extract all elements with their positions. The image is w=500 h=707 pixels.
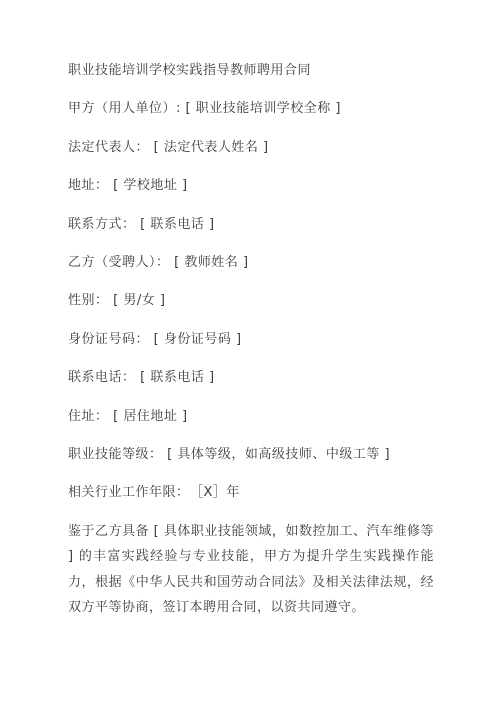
field-id-number: 身份证号码： [ 身份证号码 ] — [68, 327, 436, 353]
field-skill-level: 职业技能等级： [ 具体等级，如高级技师、中级工等 ] — [68, 442, 436, 468]
field-phone: 联系电话： [ 联系电话 ] — [68, 365, 436, 391]
document-title: 职业技能培训学校实践指导教师聘用合同 — [68, 58, 436, 84]
field-contact-method: 联系方式： [ 联系电话 ] — [68, 212, 436, 238]
field-party-a: 甲方（用人单位）: [ 职业技能培训学校全称 ] — [68, 96, 436, 122]
field-residence-address: 住址： [ 居住地址 ] — [68, 404, 436, 430]
field-party-b: 乙方（受聘人）： [ 教师姓名 ] — [68, 250, 436, 276]
field-gender: 性别： [ 男/女 ] — [68, 288, 436, 314]
preamble-paragraph: 鉴于乙方具备 [ 具体职业技能领域，如数控加工、汽车维修等 ] 的丰富实践经验与… — [68, 519, 434, 621]
field-school-address: 地址： [ 学校地址 ] — [68, 173, 436, 199]
document-page: 职业技能培训学校实践指导教师聘用合同 甲方（用人单位）: [ 职业技能培训学校全… — [0, 0, 500, 707]
field-work-years: 相关行业工作年限： ［X］年 — [68, 480, 436, 506]
field-legal-representative: 法定代表人： [ 法定代表人姓名 ] — [68, 135, 436, 161]
